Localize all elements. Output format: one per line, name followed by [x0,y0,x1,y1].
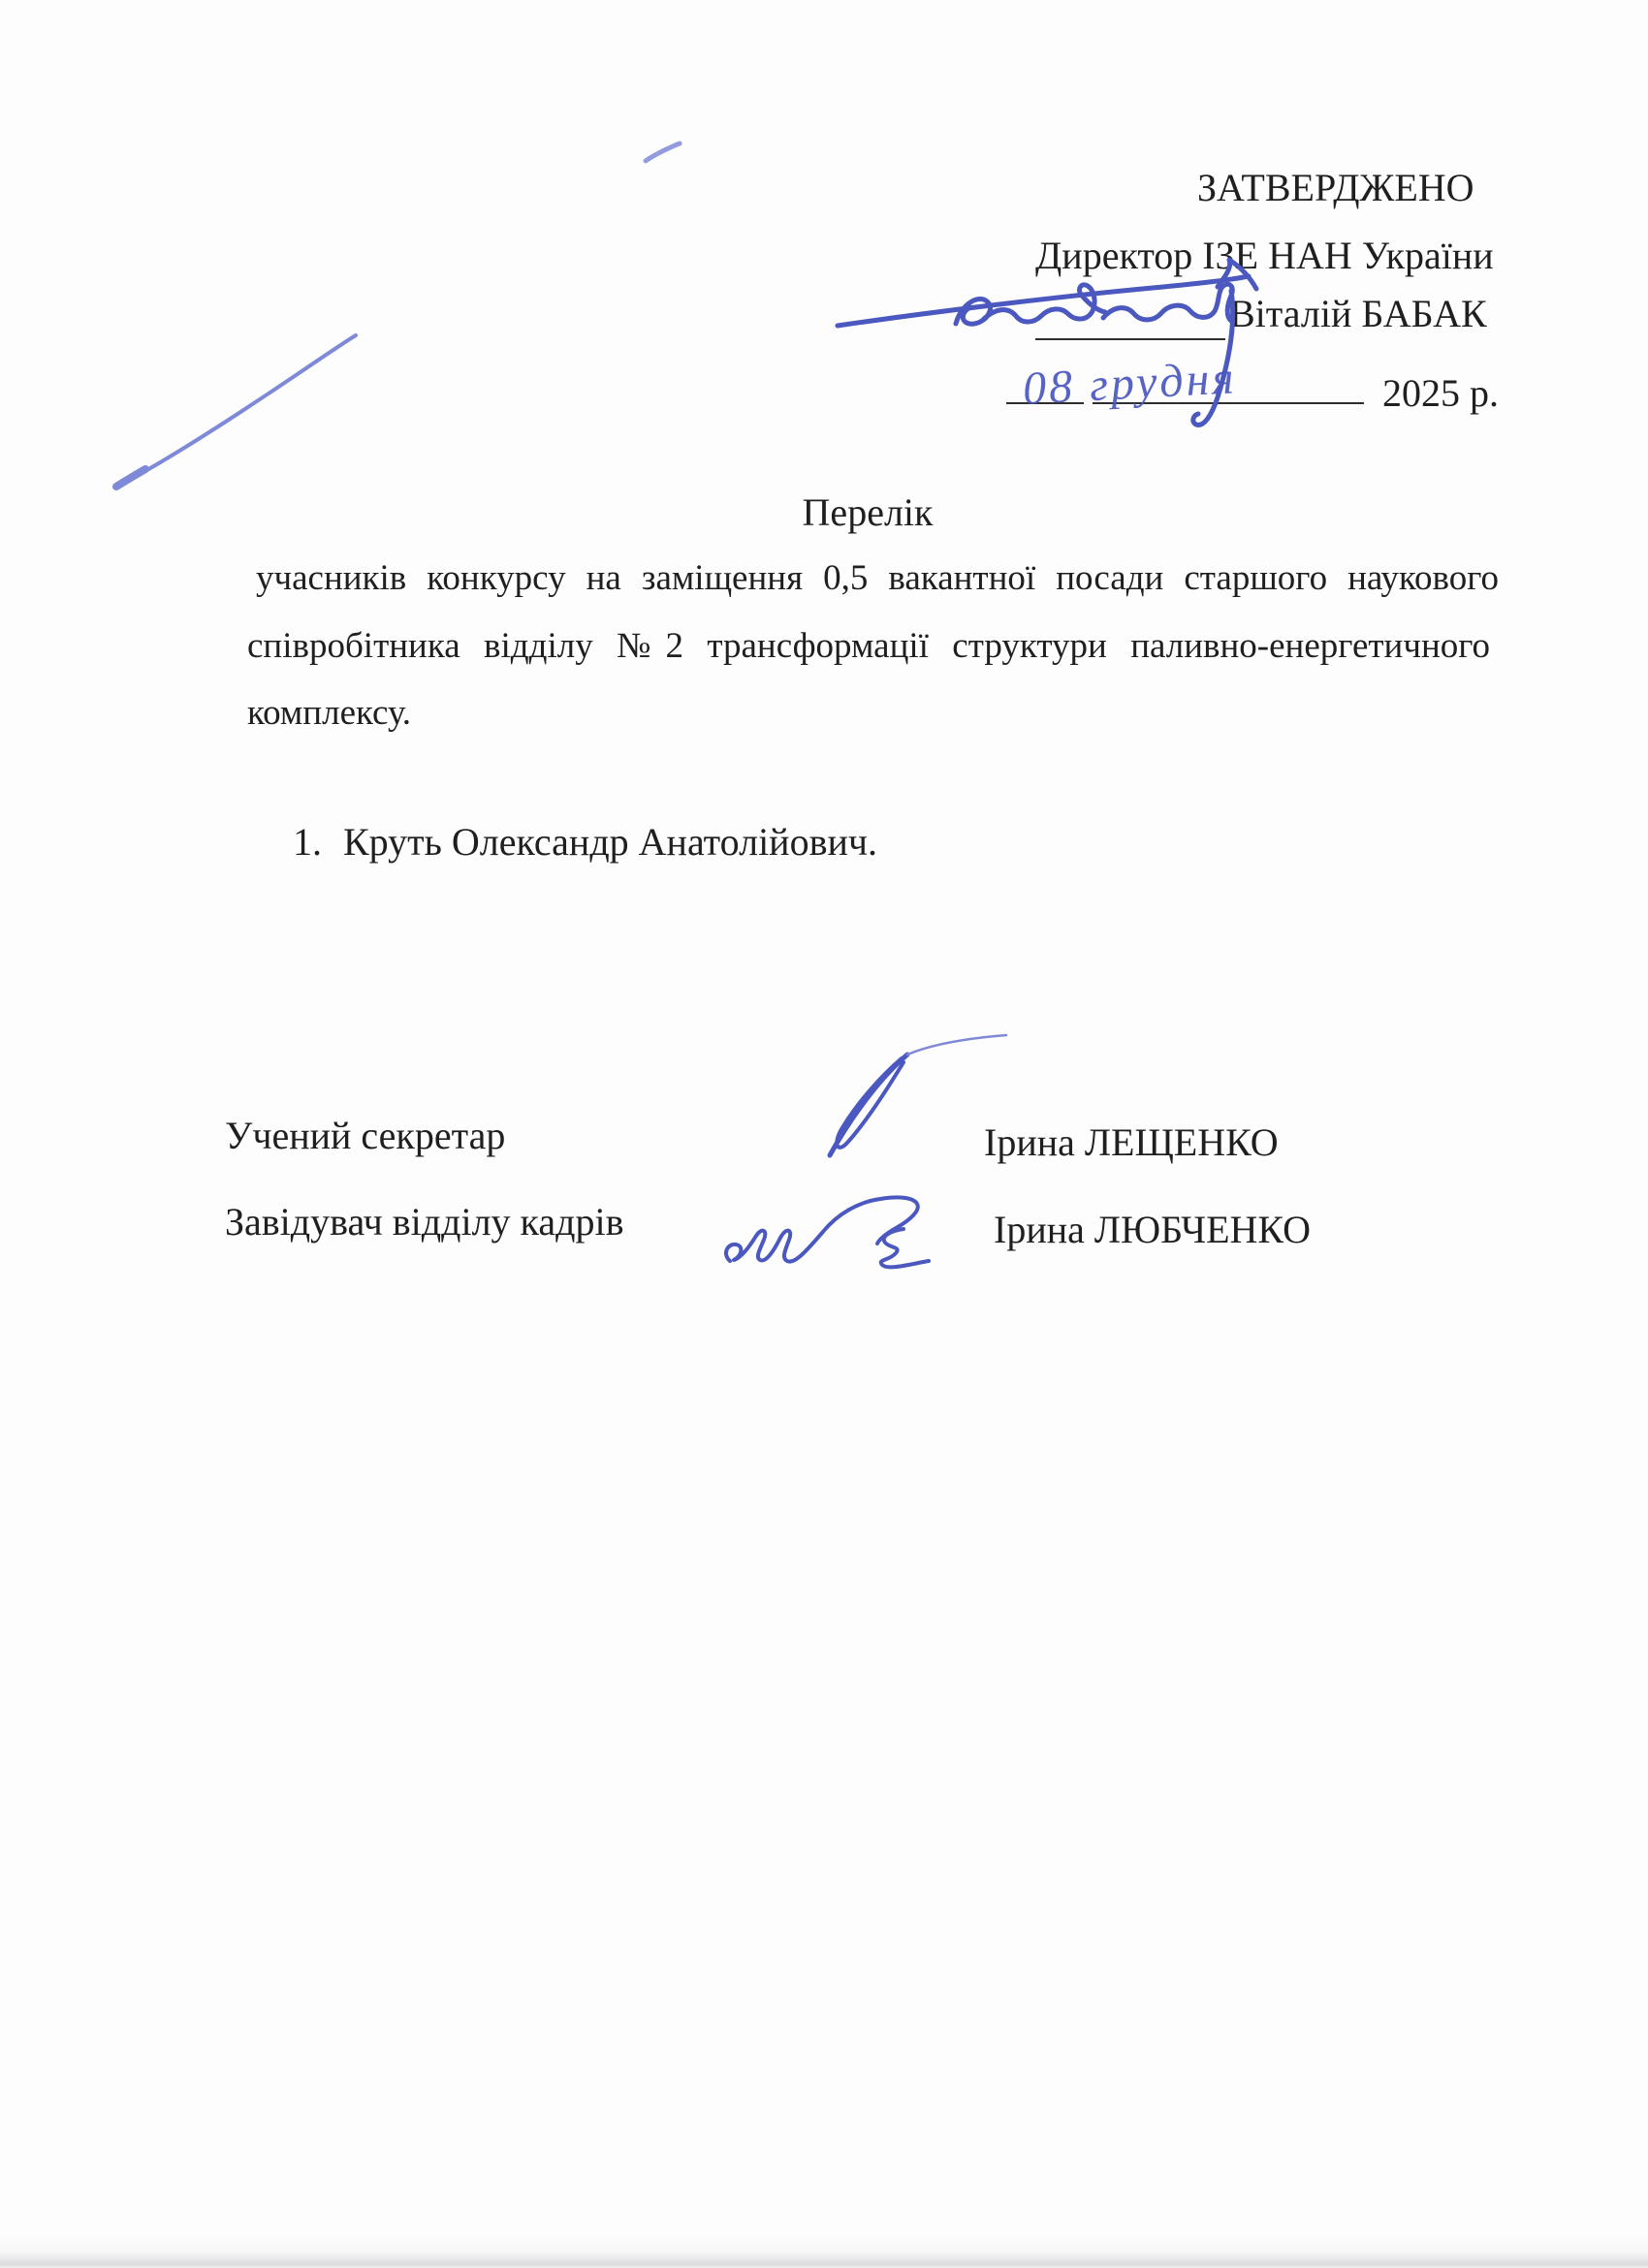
signer-name: Ірина ЛЕЩЕНКО [984,1120,1279,1165]
signer-role: Учений секретар [225,1114,505,1158]
list-item-name: Круть Олександр Анатолійович. [343,820,877,865]
approval-stamp: ЗАТВЕРДЖЕНО [1197,166,1474,210]
list-item-number: 1. [293,820,322,865]
stray-pen-stroke-tip [116,469,145,487]
handwritten-date: 08 грудня [1022,351,1238,415]
signer-role: Завідувач відділу кадрів [225,1200,623,1244]
signature-underline [1035,301,1225,340]
signature-leshchenko [830,1035,1006,1155]
document-title: Перелік [247,490,1488,535]
signature-lyubchenko [726,1197,929,1267]
list-item: 1. Круть Олександр Анатолійович. [293,820,877,865]
pen-dash [646,143,680,161]
stray-pen-stroke [118,335,356,486]
approver-name: Віталій БАБАК [1229,292,1487,336]
scan-edge-artifact [0,2233,1648,2268]
scanned-document-page: ЗАТВЕРДЖЕНО Директор ІЗЕ НАН України Віт… [0,0,1648,2268]
year-label: 2025 р. [1382,371,1499,416]
body-line: комплексу. [247,693,1490,735]
body-line: співробітника відділу №2 трансформації с… [247,626,1490,668]
body-line: учасників конкурсу на заміщення 0,5 вака… [247,558,1499,600]
signer-name: Ірина ЛЮБЧЕНКО [994,1208,1311,1252]
approver-title: Директор ІЗЕ НАН України [1035,234,1494,278]
